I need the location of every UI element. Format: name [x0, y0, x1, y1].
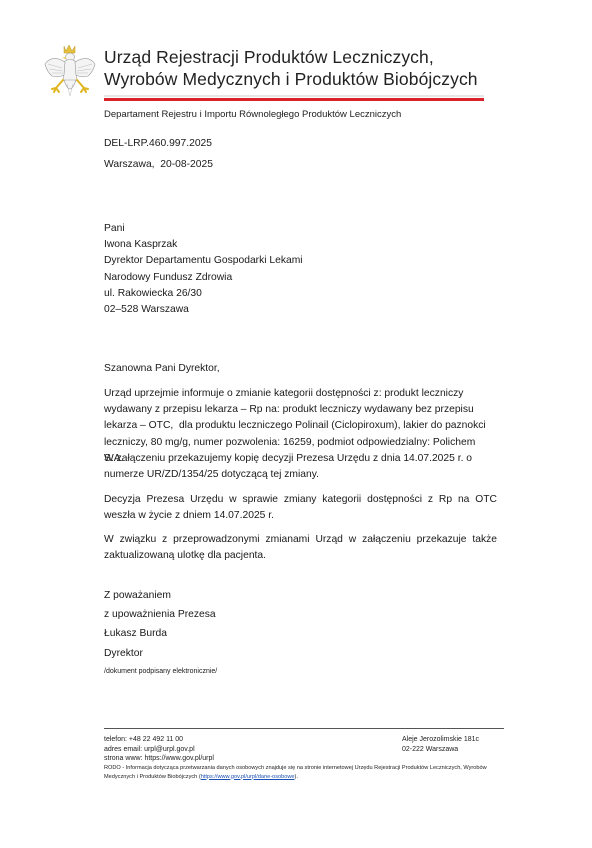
rodo-end: ). [295, 774, 298, 780]
footer-address: Aleje Jerozolimskie 181c 02-222 Warszawa [402, 735, 479, 754]
letter-paragraph-4: W związku z przeprowadzonymi zmianami Ur… [104, 532, 497, 564]
rodo-link[interactable]: https://www.gov.pl/urpl/dane-osobowe [201, 774, 295, 780]
footer-website: strona www: https://www.gov.pl/urpl [104, 754, 214, 764]
signature-name: Łukasz Burda [104, 628, 167, 639]
letter-paragraph-2: W załączeniu przekazujemy kopię decyzji … [104, 451, 497, 483]
department-name: Departament Rejestru i Importu Równoległ… [104, 109, 401, 120]
document-reference: DEL-LRP.460.997.2025 [104, 136, 212, 152]
recipient-street: ul. Rakowiecka 26/30 [104, 286, 303, 302]
recipient-name: Iwona Kasprzak [104, 237, 303, 253]
organization-name-line1: Urząd Rejestracji Produktów Leczniczych, [104, 46, 478, 68]
recipient-address: Pani Iwona Kasprzak Dyrektor Departament… [104, 221, 303, 318]
signature-title: Dyrektor [104, 648, 143, 659]
recipient-city: 02–528 Warszawa [104, 302, 303, 318]
footer-address-city: 02-222 Warszawa [402, 745, 479, 755]
signature-note: /dokument podpisany elektronicznie/ [104, 668, 217, 675]
organization-name-line2: Wyrobów Medycznych i Produktów Biobójczy… [104, 68, 478, 90]
signature-closing: Z poważaniem [104, 590, 171, 601]
footer-contact: telefon: +48 22 492 11 00 adres email: u… [104, 735, 214, 764]
recipient-title: Dyrektor Departamentu Gospodarki Lekami [104, 253, 303, 269]
footer-divider [104, 728, 504, 729]
recipient-salutation: Pani [104, 221, 303, 237]
letter-greeting: Szanowna Pani Dyrektor, [104, 361, 220, 377]
letter-paragraph-3: Decyzja Prezesa Urzędu w sprawie zmiany … [104, 492, 497, 524]
polish-eagle-emblem-icon [42, 42, 98, 102]
footer-email: adres email: urpl@urpl.gov.pl [104, 745, 214, 755]
place-date: Warszawa, 20-08-2025 [104, 157, 213, 173]
signature-authority: z upoważnienia Prezesa [104, 609, 216, 620]
footer-address-street: Aleje Jerozolimskie 181c [402, 735, 479, 745]
footer-rodo-notice: RODO - Informacja dotycząca przetwarzani… [104, 764, 504, 781]
header-divider-grey [104, 95, 484, 97]
header-divider-red [104, 98, 484, 101]
footer-phone: telefon: +48 22 492 11 00 [104, 735, 214, 745]
organization-name: Urząd Rejestracji Produktów Leczniczych,… [104, 46, 478, 90]
recipient-organization: Narodowy Fundusz Zdrowia [104, 270, 303, 286]
